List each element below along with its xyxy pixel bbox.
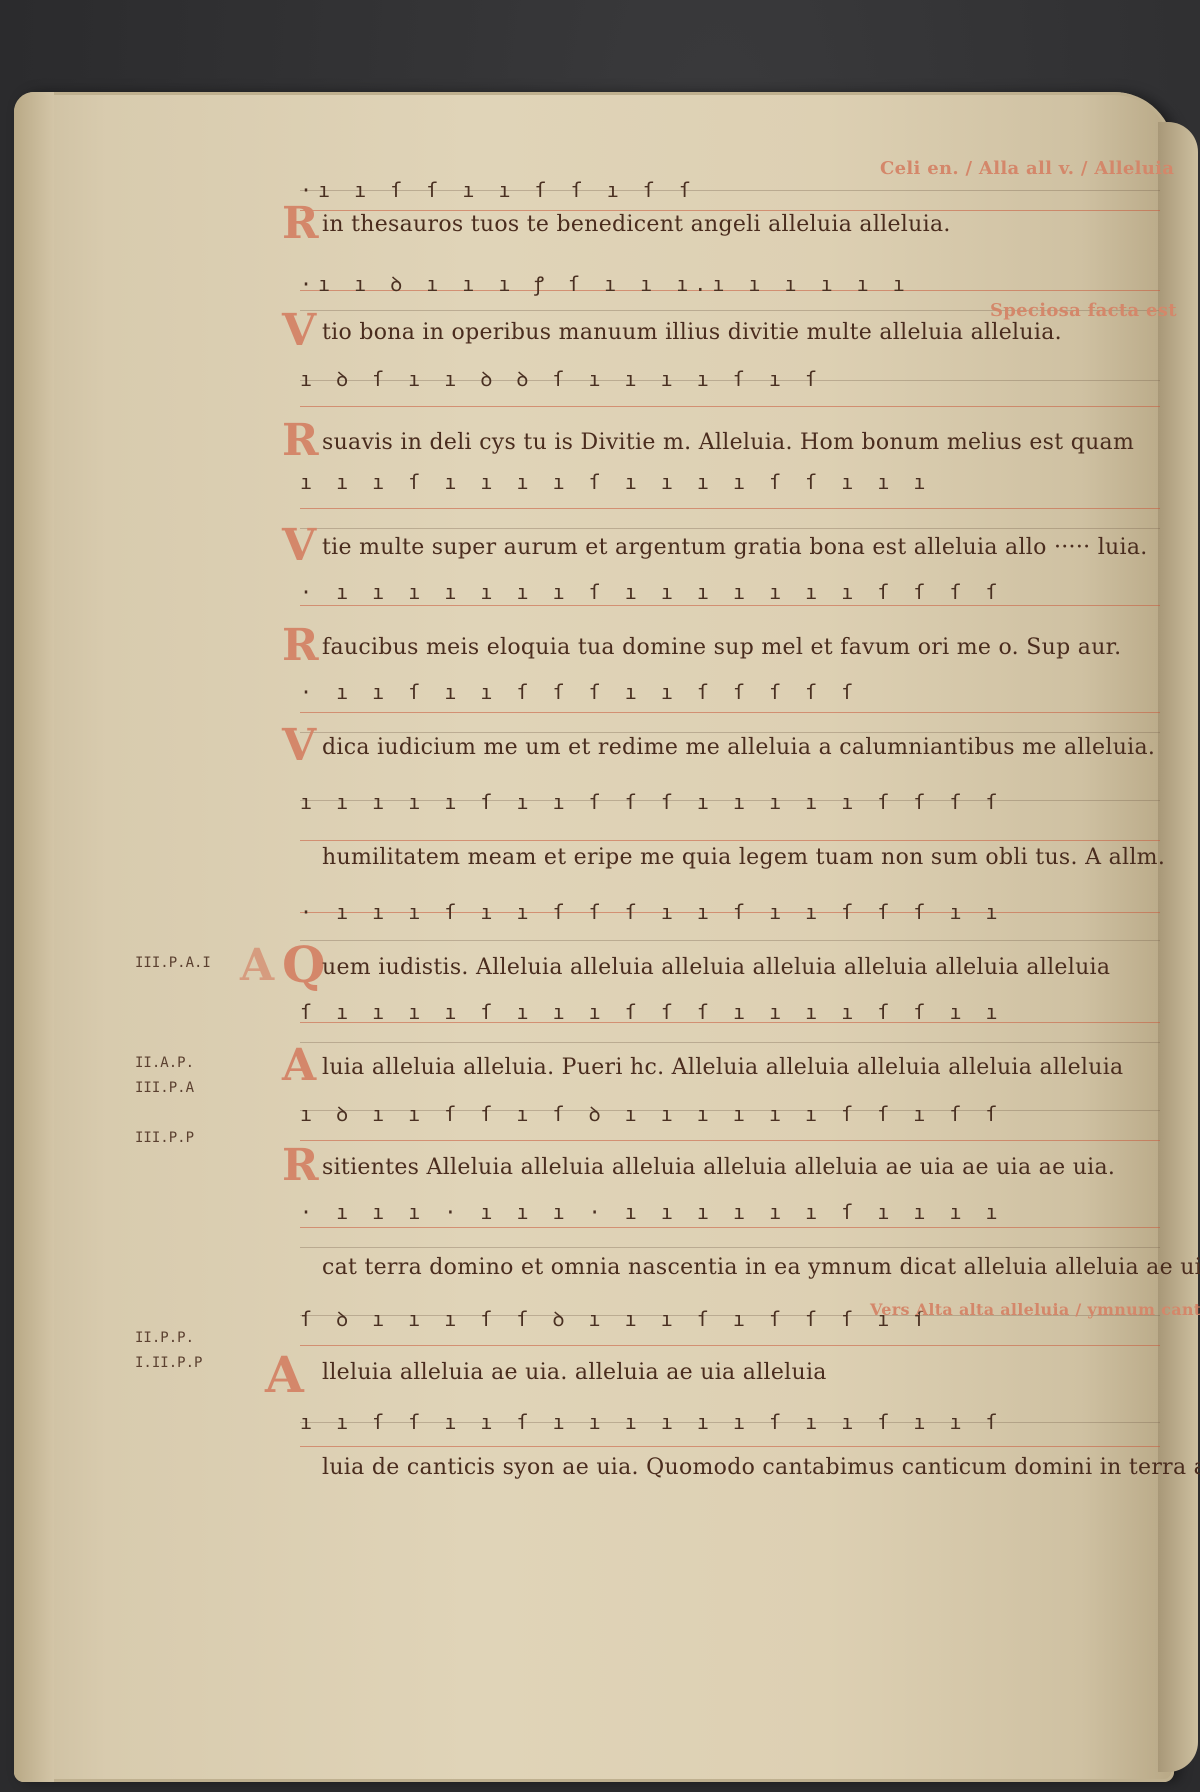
text-line: faucibus meis eloquia tua domine sup mel… bbox=[322, 635, 1121, 660]
initial-V: V bbox=[282, 305, 316, 356]
text-line: luia de canticis syon ae uia. Quomodo ca… bbox=[322, 1455, 1200, 1480]
margin-note: II.A.P. bbox=[135, 1055, 194, 1071]
initial-Q: Q bbox=[282, 935, 326, 994]
margin-note: III.P.A bbox=[135, 1080, 194, 1096]
margin-note: II.P.P. bbox=[135, 1330, 194, 1346]
text-line: suavis in deli cys tu is Divitie m. Alle… bbox=[322, 430, 1134, 455]
text-line: luia alleluia alleluia. Pueri hc. Allelu… bbox=[322, 1055, 1123, 1080]
initial-A: A bbox=[240, 940, 274, 991]
text-line: in thesauros tuos te benedicent angeli a… bbox=[322, 212, 951, 237]
rubric-note: Speciosa facta est bbox=[990, 300, 1177, 321]
initial-V: V bbox=[282, 720, 316, 771]
text-line: tie multe super aurum et argentum gratia… bbox=[322, 535, 1148, 560]
text-line: cat terra domino et omnia nascentia in e… bbox=[322, 1255, 1200, 1280]
initial-R: R bbox=[282, 198, 319, 249]
initial-R: R bbox=[282, 415, 319, 466]
initial-R: R bbox=[282, 1140, 319, 1191]
text-line: uem iudistis. Alleluia alleluia alleluia… bbox=[322, 955, 1110, 980]
rubric-note: Celi en. / Alla all v. / Alleluia bbox=[880, 158, 1174, 179]
text-line: tio bona in operibus manuum illius divit… bbox=[322, 320, 1062, 345]
margin-note: I.II.P.P bbox=[135, 1355, 202, 1371]
text-line: sitientes Alleluia alleluia alleluia all… bbox=[322, 1155, 1115, 1180]
text-line: lleluia alleluia ae uia. alleluia ae uia… bbox=[322, 1360, 827, 1385]
initial-A: A bbox=[265, 1345, 304, 1404]
text-line: humilitatem meam et eripe me quia legem … bbox=[322, 845, 1165, 870]
text-line: dica iudicium me um et redime me allelui… bbox=[322, 735, 1155, 760]
margin-note: III.P.P bbox=[135, 1130, 194, 1146]
initial-R: R bbox=[282, 620, 319, 671]
margin-note: III.P.A.I bbox=[135, 955, 211, 971]
initial-A: A bbox=[282, 1040, 316, 1091]
rubric-note: Vers Alta alta alleluia / ymnum cantate … bbox=[870, 1300, 1200, 1319]
initial-V: V bbox=[282, 520, 316, 571]
